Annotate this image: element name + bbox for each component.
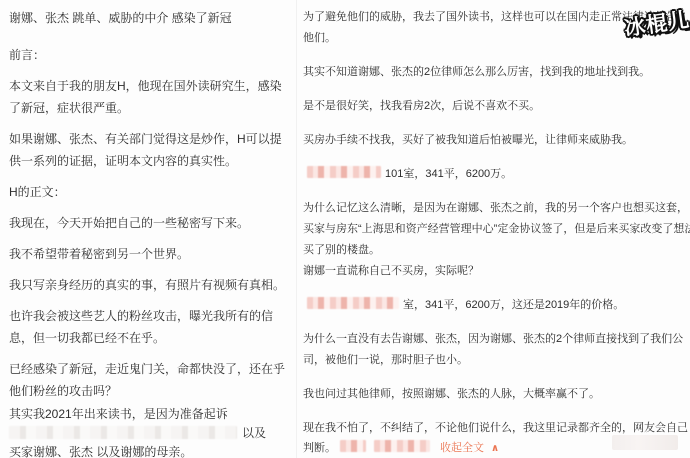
text-run: 为什么一直没有去告谢娜、张杰，因为谢娜、张杰的2个律师直接找到了我们公 (303, 333, 683, 345)
text-run: 了新冠，症状很严重。 (9, 101, 129, 115)
censored-blur (307, 297, 399, 309)
censored-region-footer-right (612, 435, 678, 450)
text-run: 谢娜、张杰 跳单、威胁的中介 感染了新冠 (9, 11, 232, 25)
paragraph: 为什么记忆这么清晰，是因为在谢娜、张杰之前，我的另一个客户也想买这套，买家与房东… (303, 198, 690, 261)
text-run: 101室，341平，6200万。 (385, 168, 512, 180)
paragraph: 也许我会被这些艺人的粉丝攻击，曝光我所有的信息，但一切我都已经不在乎。 (9, 305, 289, 349)
paragraph: 买房办手续不找我，买好了被我知道后怕被曝光，让律师来威胁我。 (303, 130, 690, 151)
censored-blur (374, 440, 430, 452)
paragraph: 谢娜一直谎称自己不买房，实际呢？ (303, 261, 690, 282)
weibo-longtext-screenshot: 谢娜、张杰 跳单、威胁的中介 感染了新冠前言：本文来自于我的朋友H，他现在国外读… (0, 0, 690, 458)
text-run: 息，但一切我都已经不在乎。 (9, 331, 165, 345)
text-run: 本文来自于我的朋友H，他现在国外读研究生，感染 (9, 79, 282, 93)
text-run: 我也问过其他律师，按照谢娜、张杰的人脉，大概率赢不了。 (303, 388, 600, 400)
text-run: H的正文： (9, 185, 66, 199)
text-run: 我不希望带着秘密到另一个世界。 (9, 247, 189, 261)
post-title: 谢娜、张杰 跳单、威胁的中介 感染了新冠 (9, 7, 289, 29)
censored-blur (307, 166, 381, 178)
paragraph: 其实不知道谢娜、张杰的2位律师怎么那么厉害，找到我的地址找到我。 (303, 62, 690, 83)
paragraph: 已经感染了新冠，走近鬼门关，命都快没了，还在乎他们粉丝的攻击吗？ (9, 358, 289, 402)
text-run: 他们。 (303, 32, 336, 44)
text-run: 买房办手续不找我，买好了被我知道后怕被曝光，让律师来威胁我。 (303, 134, 633, 146)
paragraph: 我现在，今天开始把自己的一些秘密写下来。 (9, 212, 289, 234)
text-run: 买了别的楼盘。 (303, 244, 380, 256)
text-run: 室，341平，6200万，这还是2019年的价格。 (403, 299, 624, 311)
paragraph: 为什么一直没有去告谢娜、张杰，因为谢娜、张杰的2个律师直接找到了我们公司，被他们… (303, 329, 690, 371)
text-run: 谢娜一直谎称自己不买房，实际呢？ (303, 265, 479, 277)
text-run: 为了避免他们的威胁，我去了国外读书，这样也可以在国内走正常法律途径告 (303, 11, 677, 23)
text-run: 为什么记忆这么清晰，是因为在谢娜、张杰之前，我的另一个客户也想买这套， (303, 202, 688, 214)
paragraph: 前言： (9, 44, 289, 66)
text-run: 现在我不怕了，不纠结了，不论他们说什么，我这里记录都齐全的，网友会自己 (303, 422, 688, 434)
text-run: 是不是很好笑，找我看房2次，后说不喜欢不买。 (303, 100, 540, 112)
paragraph: 其实我2021年出来读书，是因为准备起诉以及买家谢娜、张杰 以及谢娜的母亲。 (9, 405, 289, 458)
censored-blur (340, 440, 366, 452)
text-run: 我只写亲身经历的真实的事，有照片有视频有真相。 (9, 278, 285, 292)
text-run: 判断。 (303, 442, 336, 454)
collapse-caret-icon[interactable]: ∧ (491, 443, 499, 454)
text-run: 已经感染了新冠，走近鬼门关，命都快没了，还在乎 (9, 362, 285, 376)
text-run: 其实不知道谢娜、张杰的2位律师怎么那么厉害，找到我的地址找到我。 (303, 66, 650, 78)
text-run: 他们粉丝的攻击吗？ (9, 384, 117, 398)
text-run: 前言： (9, 48, 45, 62)
text-run: 我现在，今天开始把自己的一些秘密写下来。 (9, 216, 249, 230)
text-run: 买家谢娜、张杰 以及谢娜的母亲。 (9, 445, 192, 458)
text-run: 如果谢娜、张杰、有关部门觉得这是炒作，H可以提 (9, 132, 282, 146)
text-run: 买家与房东“上海思和资产经营管理中心”定金协议签了，但是后来买家改变了想法 (303, 223, 690, 235)
text-run: 以及 (242, 426, 266, 440)
paragraph: 我只写亲身经历的真实的事，有照片有视频有真相。 (9, 274, 289, 296)
paragraph: H的正文： (9, 181, 289, 203)
text-run: 司，被他们一说，那时胆子也小。 (303, 354, 468, 366)
paragraph: 室，341平，6200万，这还是2019年的价格。 (303, 295, 690, 316)
collapse-full-text-link[interactable]: 收起全文 (440, 442, 484, 454)
paragraph: 我也问过其他律师，按照谢娜、张杰的人脉，大概率赢不了。 (303, 384, 690, 405)
paragraph: 本文来自于我的朋友H，他现在国外读研究生，感染了新冠，症状很严重。 (9, 75, 289, 119)
censored-blur (9, 426, 237, 439)
column-divider (296, 0, 297, 458)
paragraph: 如果谢娜、张杰、有关部门觉得这是炒作，H可以提供一系列的证据，证明本文内容的真实… (9, 128, 289, 172)
text-run: 供一系列的证据，证明本文内容的真实性。 (9, 154, 237, 168)
text-column-left: 谢娜、张杰 跳单、威胁的中介 感染了新冠前言：本文来自于我的朋友H，他现在国外读… (9, 7, 289, 458)
text-run: 其实我2021年出来读书，是因为准备起诉 (9, 407, 228, 421)
paragraph: 101室，341平，6200万。 (303, 164, 690, 185)
text-column-right: 为了避免他们的威胁，我去了国外读书，这样也可以在国内走正常法律途径告他们。其实不… (303, 7, 690, 458)
paragraph: 我不希望带着秘密到另一个世界。 (9, 243, 289, 265)
text-run: 也许我会被这些艺人的粉丝攻击，曝光我所有的信 (9, 309, 273, 323)
paragraph: 是不是很好笑，找我看房2次，后说不喜欢不买。 (303, 96, 690, 117)
